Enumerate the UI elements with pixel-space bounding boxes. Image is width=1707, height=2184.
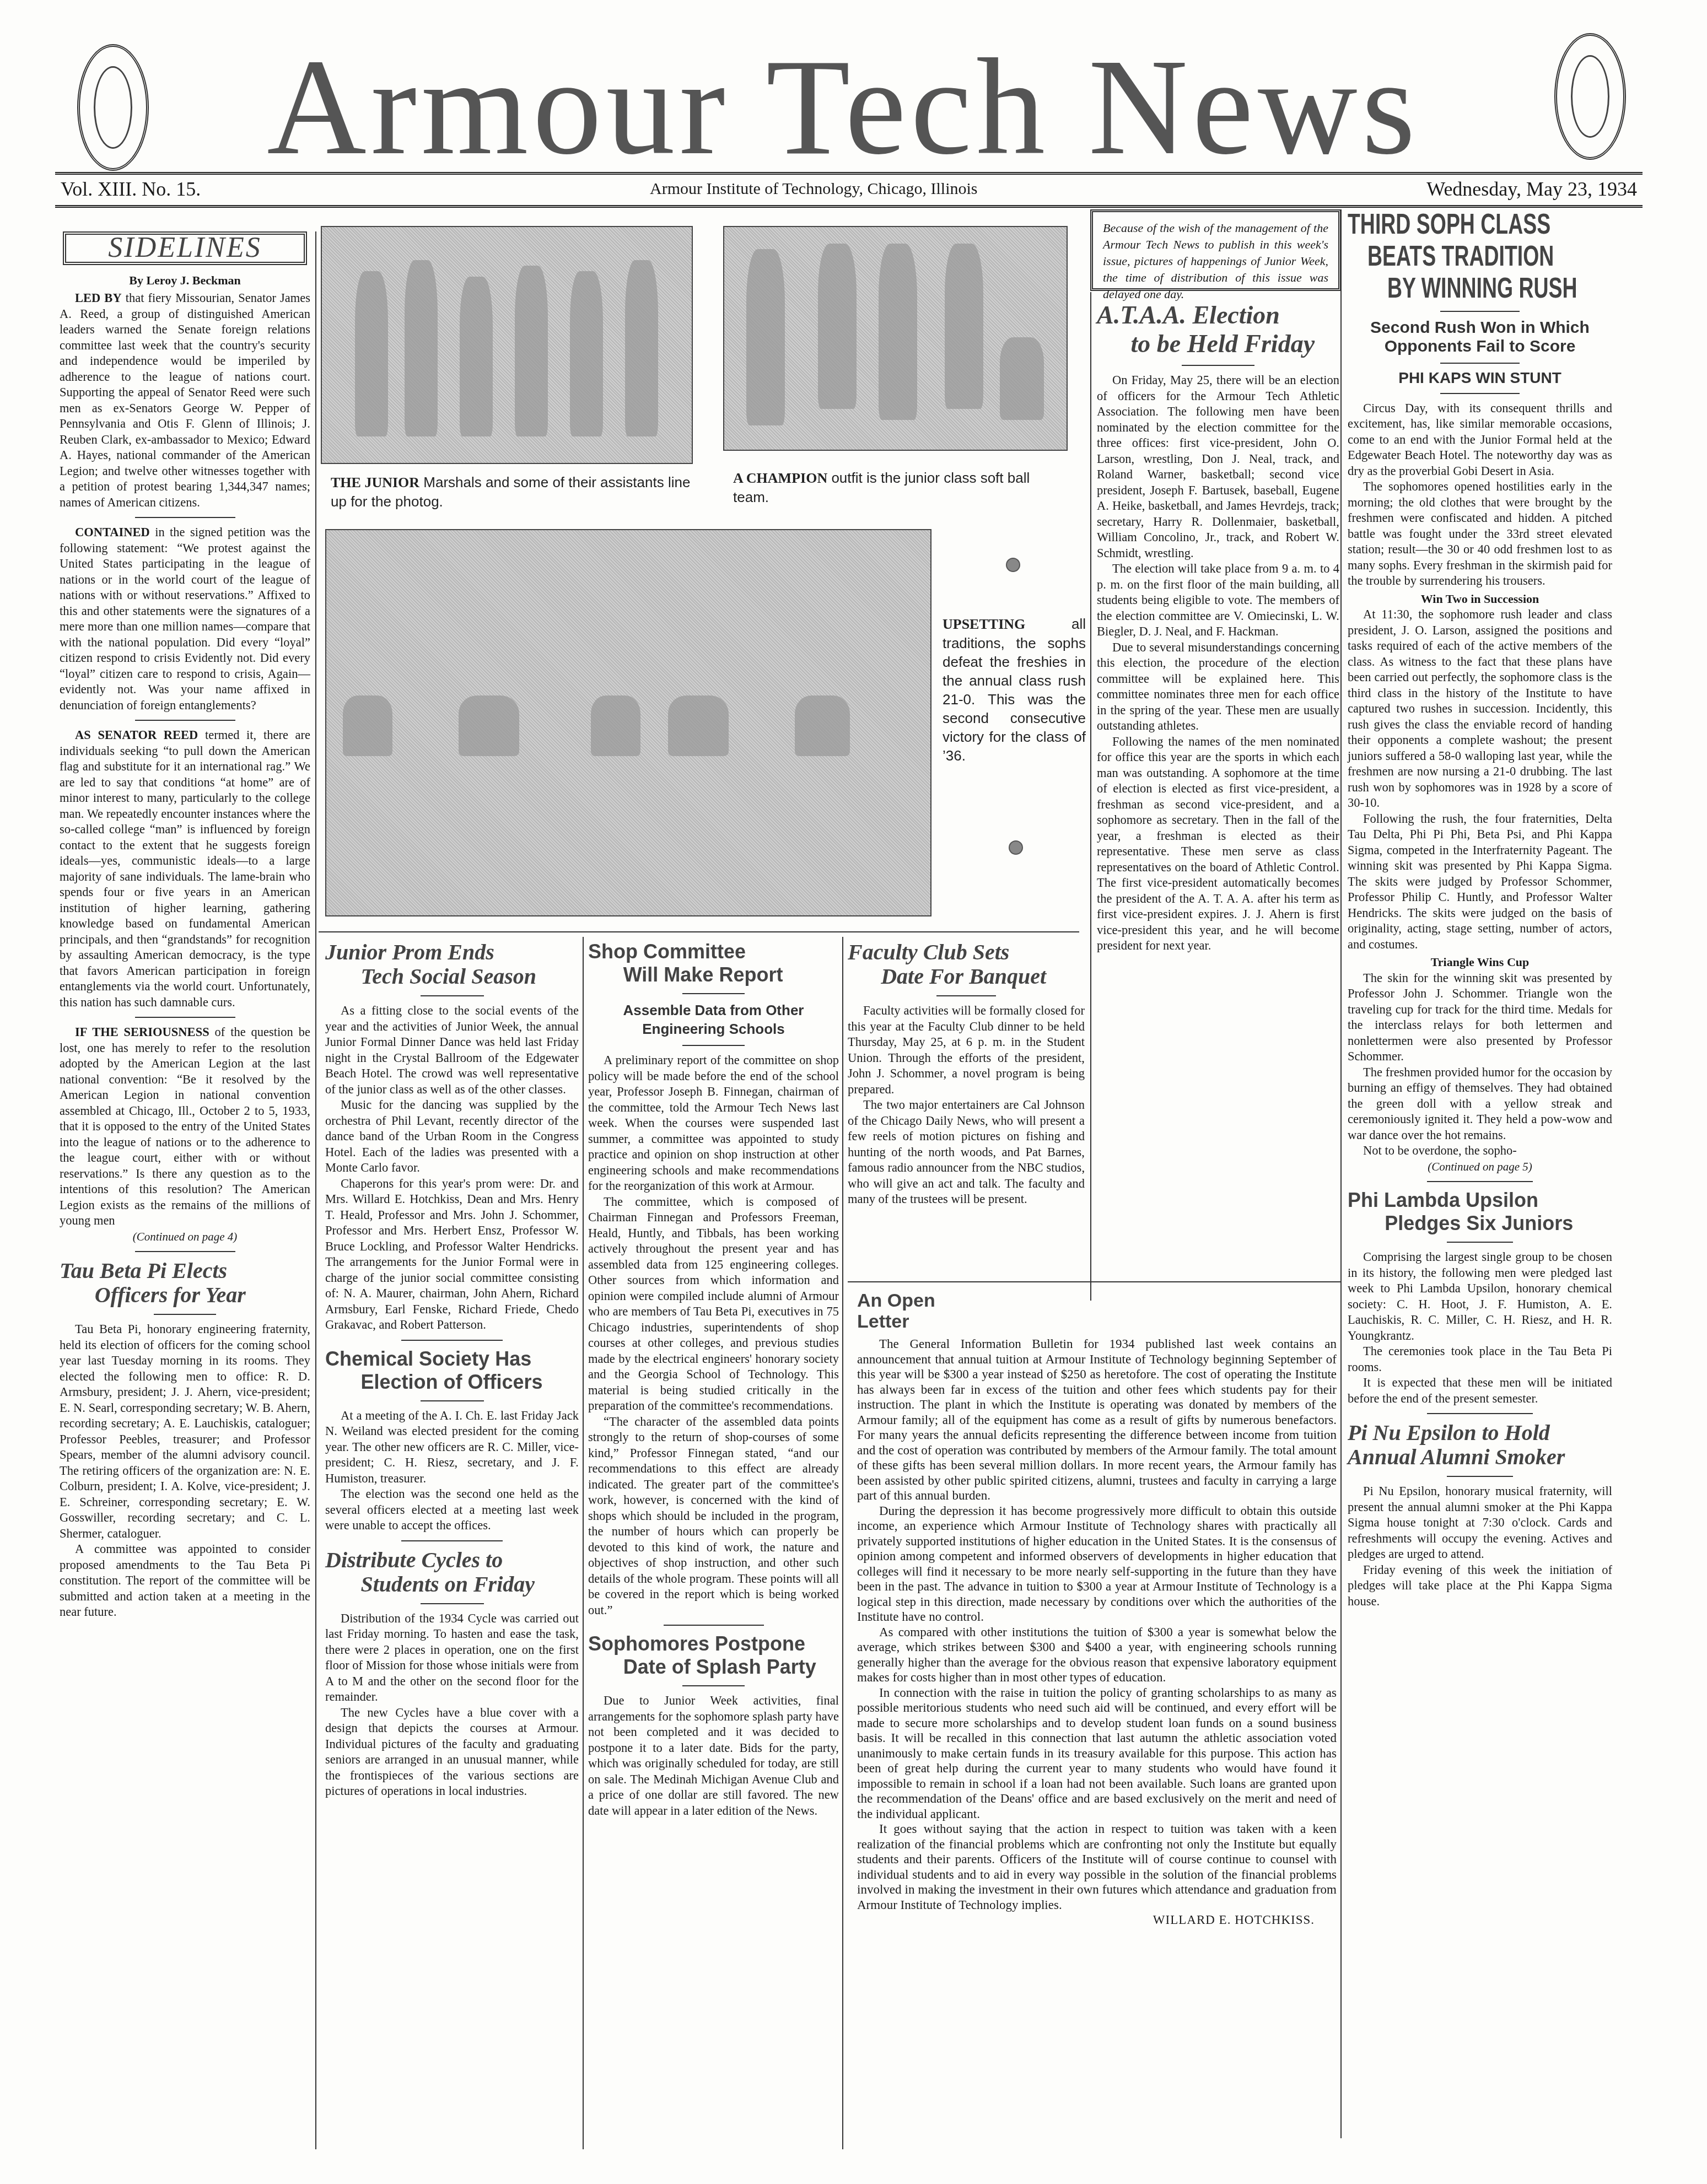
paragraph: As a fitting close to the social events … [325, 1003, 579, 1097]
paragraph: Tau Beta Pi, honorary engineering frater… [60, 1322, 310, 1541]
paragraph: Chaperons for this year's prom were: Dr.… [325, 1176, 579, 1333]
divider [401, 1340, 503, 1341]
paragraph: On Friday, May 25, there will be an elec… [1097, 373, 1339, 561]
column-faculty-club: Faculty Club Sets Date For Banquet Facul… [848, 937, 1085, 1207]
subheadline: Second Rush Won in Which Opponents Fail … [1348, 319, 1612, 356]
paragraph: The skin for the winning skit was presen… [1348, 970, 1612, 1065]
divider [154, 1314, 217, 1315]
photo-caption: UPSETTING all traditions, the sophs defe… [943, 614, 1086, 765]
paragraph: The ceremonies took place in the Tau Bet… [1348, 1344, 1612, 1375]
column-rule [1090, 292, 1091, 1301]
article-headline: An Open Letter [857, 1290, 1337, 1332]
divider [135, 1251, 235, 1252]
article-headline: Distribute Cycles to Students on Friday [325, 1548, 579, 1597]
divider [1427, 1181, 1533, 1182]
paragraph: In connection with the raise in tuition … [857, 1685, 1337, 1822]
paragraph: The sophomores opened hostilities early … [1348, 479, 1612, 589]
signature: WILLARD E. HOTCHKISS. [857, 1912, 1337, 1928]
divider [682, 993, 745, 994]
paragraph: The General Information Bulletin for 193… [857, 1336, 1337, 1503]
divider [936, 995, 996, 996]
article-headline: Pi Nu Epsilon to Hold Annual Alumni Smok… [1348, 1421, 1612, 1469]
divider [682, 1045, 745, 1046]
info-bar: Vol. XIII. No. 15. Armour Institute of T… [61, 175, 1637, 203]
volume-number: Vol. XIII. No. 15. [61, 177, 201, 201]
divider [1440, 363, 1520, 364]
article-headline: Phi Lambda Upsilon Pledges Six Juniors [1348, 1189, 1612, 1235]
article-headline: Junior Prom Ends Tech Social Season [325, 940, 579, 989]
paragraph: LED BY that fiery Missourian, Senator Ja… [60, 290, 310, 510]
paragraph: A committee was appointed to consider pr… [60, 1541, 310, 1620]
masthead-rule [55, 172, 1643, 175]
paragraph: The two major entertainers are Cal Johns… [848, 1097, 1085, 1207]
paragraph: The committee, which is composed of Chai… [588, 1194, 839, 1414]
paragraph: A preliminary report of the committee on… [588, 1053, 839, 1194]
paragraph: Due to several misunderstandings concern… [1097, 640, 1339, 734]
article-headline: Tau Beta Pi Elects Officers for Year [60, 1259, 310, 1307]
column-rule [315, 231, 316, 2149]
paragraph: At 11:30, the sophomore rush leader and … [1348, 607, 1612, 811]
divider [421, 1603, 484, 1604]
byline: By Leroy J. Beckman [60, 273, 310, 289]
paragraph: It is expected that these men will be in… [1348, 1375, 1612, 1406]
article-headline: A.T.A.A. Election to be Held Friday [1097, 301, 1339, 358]
paragraph: Friday evening of this week the initiati… [1348, 1562, 1612, 1610]
article-headline: Chemical Society Has Election of Officer… [325, 1347, 579, 1394]
info-rule [55, 205, 1643, 208]
photo-class-rush [325, 529, 931, 916]
paragraph: The freshmen provided humor for the occa… [1348, 1065, 1612, 1144]
paragraph: Circus Day, with its consequent thrills … [1348, 401, 1612, 479]
bullet-dot-icon [1006, 558, 1020, 572]
paragraph: Distribution of the 1934 Cycle was carri… [325, 1611, 579, 1705]
masthead: Armour Tech News [55, 33, 1637, 176]
column-sidelines: SIDELINES By Leroy J. Beckman LED BY tha… [60, 231, 310, 1620]
divider [135, 720, 235, 721]
paragraph: The election will take place from 9 a. m… [1097, 561, 1339, 640]
divider [1427, 1413, 1533, 1414]
column-soph-rush: THIRD SOPH CLASS BEATS TRADITION BY WINN… [1348, 208, 1612, 1609]
paragraph: Due to Junior Week activities, final arr… [588, 1693, 839, 1819]
photo-rule [319, 931, 1079, 932]
column-rule [1340, 209, 1342, 2138]
divider [1440, 393, 1520, 394]
subheadline: Assemble Data from Other Engineering Sch… [588, 1001, 839, 1038]
divider [1447, 1476, 1513, 1477]
paragraph: As compared with other institutions the … [857, 1625, 1337, 1685]
paragraph: Following the rush, the four fraternitie… [1348, 811, 1612, 953]
paragraph: AS SENATOR REED termed it, there are ind… [60, 727, 310, 1010]
continued-note: (Continued on page 4) [60, 1229, 310, 1245]
divider [421, 1400, 484, 1401]
article-headline: Shop Committee Will Make Report [588, 940, 839, 986]
paragraph: At a meeting of the A. I. Ch. E. last Fr… [325, 1408, 579, 1487]
paragraph: During the depression it has become prog… [857, 1503, 1337, 1625]
photo-junior-marshals [321, 226, 693, 464]
divider [421, 995, 484, 996]
divider [401, 1540, 503, 1541]
divider [135, 517, 235, 518]
paragraph: It goes without saying that the action i… [857, 1821, 1337, 1912]
photo-caption: THE JUNIOR Marshals and some of their as… [331, 473, 694, 511]
armour-seal-icon [77, 44, 149, 171]
column-shop: Shop Committee Will Make Report Assemble… [588, 937, 839, 1819]
section-head: Win Two in Succession [1348, 591, 1612, 607]
divider [1182, 365, 1254, 366]
paragraph: Music for the dancing was supplied by th… [325, 1097, 579, 1176]
column-prom: Junior Prom Ends Tech Social Season As a… [325, 937, 579, 1799]
newspaper-title: Armour Tech News [209, 39, 1477, 176]
paragraph: Following the names of the men nominated… [1097, 734, 1339, 954]
paragraph: IF THE SERIOUSNESS of the question be lo… [60, 1024, 310, 1229]
column-rule [583, 937, 584, 2149]
section-rule [848, 1281, 1340, 1282]
paragraph: CONTAINED in the signed petition was the… [60, 525, 310, 713]
divider [682, 1685, 745, 1686]
section-head: Triangle Wins Cup [1348, 955, 1612, 970]
photo-champion-team [723, 226, 1068, 451]
sidelines-header: SIDELINES [63, 231, 307, 265]
article-headline: Sophomores Postpone Date of Splash Party [588, 1632, 839, 1679]
column-rule [842, 937, 843, 2149]
publisher-line: Armour Institute of Technology, Chicago,… [650, 180, 977, 198]
paragraph: The new Cycles have a blue cover with a … [325, 1705, 579, 1799]
article-headline: Faculty Club Sets Date For Banquet [848, 940, 1085, 989]
kicker: PHI KAPS WIN STUNT [1348, 370, 1612, 386]
column-ataa: A.T.A.A. Election to be Held Friday On F… [1097, 298, 1339, 954]
lead-headline: THIRD SOPH CLASS BEATS TRADITION BY WINN… [1348, 208, 1612, 304]
divider [135, 1017, 235, 1018]
paragraph: Faculty activities will be formally clos… [848, 1003, 1085, 1097]
divider [1440, 311, 1520, 312]
divider [1447, 1242, 1513, 1243]
armour-seal-icon [1554, 33, 1626, 160]
paragraph: Comprising the largest single group to b… [1348, 1249, 1612, 1344]
paragraph: Pi Nu Epsilon, honorary musical fraterni… [1348, 1484, 1612, 1562]
divider [664, 1625, 764, 1626]
paragraph: The election was the second one held as … [325, 1486, 579, 1534]
delay-notice: Because of the wish of the management of… [1090, 209, 1341, 291]
photo-caption: A CHAMPION outfit is the junior class so… [733, 468, 1069, 506]
paragraph: Not to be overdone, the sopho- [1348, 1143, 1612, 1159]
bullet-dot-icon [1009, 840, 1023, 855]
paragraph: “The character of the assembled data poi… [588, 1414, 839, 1619]
continued-note: (Continued on page 5) [1348, 1159, 1612, 1175]
issue-date: Wednesday, May 23, 1934 [1426, 177, 1637, 201]
open-letter: An Open Letter The General Information B… [857, 1287, 1337, 1928]
